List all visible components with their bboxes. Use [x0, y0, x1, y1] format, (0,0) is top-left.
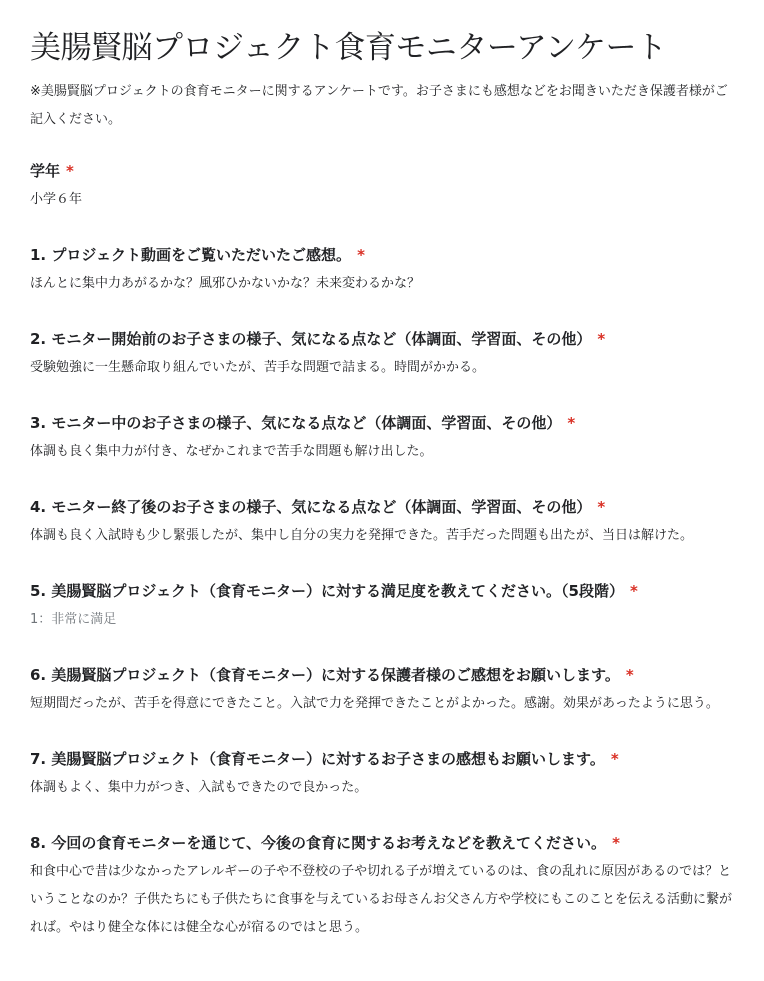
answer-text: 受験勉強に一生懸命取り組んでいたが、苦手な問題で詰まる。時間がかかる。	[30, 354, 734, 382]
question-title: 6. 美腸賢脳プロジェクト（食育モニター）に対する保護者様のご感想をお願いします…	[30, 664, 734, 686]
question-title-text: 3. モニター中のお子さまの様子、気になる点など（体調面、学習面、その他）	[30, 414, 561, 432]
required-asterisk-icon: *	[597, 498, 605, 516]
question-title-text: 8. 今回の食育モニターを通じて、今後の食育に関するお考えなどを教えてください。	[30, 834, 606, 852]
answer-text: 短期間だったが、苦手を得意にできたこと。入試で力を発揮できたことがよかった。感謝…	[30, 690, 734, 718]
question-title-text: 学年	[30, 162, 60, 180]
question-title: 学年*	[30, 160, 734, 182]
required-asterisk-icon: *	[357, 246, 365, 264]
answer-text: 和食中心で昔は少なかったアレルギーの子や不登校の子や切れる子が増えているのは、食…	[30, 858, 734, 942]
form-description: ※美腸賢脳プロジェクトの食育モニターに関するアンケートです。お子さまにも感想など…	[30, 78, 734, 134]
required-asterisk-icon: *	[626, 666, 634, 684]
question-title-text: 4. モニター終了後のお子さまの様子、気になる点など（体調面、学習面、その他）	[30, 498, 591, 516]
question-title: 1. プロジェクト動画をご覧いただいたご感想。*	[30, 244, 734, 266]
answer-text: 1：非常に満足	[30, 606, 734, 634]
required-asterisk-icon: *	[66, 162, 74, 180]
answer-text: 体調も良く集中力が付き、なぜかこれまで苦手な問題も解け出した。	[30, 438, 734, 466]
question-4: 4. モニター終了後のお子さまの様子、気になる点など（体調面、学習面、その他）*…	[30, 496, 734, 550]
required-asterisk-icon: *	[597, 330, 605, 348]
question-3: 3. モニター中のお子さまの様子、気になる点など（体調面、学習面、その他）* 体…	[30, 412, 734, 466]
question-title-text: 2. モニター開始前のお子さまの様子、気になる点など（体調面、学習面、その他）	[30, 330, 591, 348]
question-5: 5. 美腸賢脳プロジェクト（食育モニター）に対する満足度を教えてください。（5段…	[30, 580, 734, 634]
question-6: 6. 美腸賢脳プロジェクト（食育モニター）に対する保護者様のご感想をお願いします…	[30, 664, 734, 718]
question-title: 3. モニター中のお子さまの様子、気になる点など（体調面、学習面、その他）*	[30, 412, 734, 434]
question-title-text: 5. 美腸賢脳プロジェクト（食育モニター）に対する満足度を教えてください。（5段…	[30, 582, 624, 600]
required-asterisk-icon: *	[630, 582, 638, 600]
form-page: 美腸賢脳プロジェクト食育モニターアンケート ※美腸賢脳プロジェクトの食育モニター…	[0, 0, 764, 942]
required-asterisk-icon: *	[611, 750, 619, 768]
question-title: 7. 美腸賢脳プロジェクト（食育モニター）に対するお子さまの感想もお願いします。…	[30, 748, 734, 770]
form-title: 美腸賢脳プロジェクト食育モニターアンケート	[30, 28, 734, 68]
question-grade: 学年* 小学６年	[30, 160, 734, 214]
answer-text: 体調も良く入試時も少し緊張したが、集中し自分の実力を発揮できた。苦手だった問題も…	[30, 522, 734, 550]
answer-text: 小学６年	[30, 186, 734, 214]
question-1: 1. プロジェクト動画をご覧いただいたご感想。* ほんとに集中力あがるかな？風邪…	[30, 244, 734, 298]
question-title: 2. モニター開始前のお子さまの様子、気になる点など（体調面、学習面、その他）*	[30, 328, 734, 350]
answer-text: 体調もよく、集中力がつき、入試もできたので良かった。	[30, 774, 734, 802]
required-asterisk-icon: *	[567, 414, 575, 432]
question-title-text: 7. 美腸賢脳プロジェクト（食育モニター）に対するお子さまの感想もお願いします。	[30, 750, 605, 768]
question-title-text: 6. 美腸賢脳プロジェクト（食育モニター）に対する保護者様のご感想をお願いします…	[30, 666, 620, 684]
answer-text: ほんとに集中力あがるかな？風邪ひかないかな？未来変わるかな？	[30, 270, 734, 298]
question-title: 4. モニター終了後のお子さまの様子、気になる点など（体調面、学習面、その他）*	[30, 496, 734, 518]
question-title: 8. 今回の食育モニターを通じて、今後の食育に関するお考えなどを教えてください。…	[30, 832, 734, 854]
question-7: 7. 美腸賢脳プロジェクト（食育モニター）に対するお子さまの感想もお願いします。…	[30, 748, 734, 802]
question-8: 8. 今回の食育モニターを通じて、今後の食育に関するお考えなどを教えてください。…	[30, 832, 734, 942]
question-title-text: 1. プロジェクト動画をご覧いただいたご感想。	[30, 246, 351, 264]
question-2: 2. モニター開始前のお子さまの様子、気になる点など（体調面、学習面、その他）*…	[30, 328, 734, 382]
question-title: 5. 美腸賢脳プロジェクト（食育モニター）に対する満足度を教えてください。（5段…	[30, 580, 734, 602]
required-asterisk-icon: *	[612, 834, 620, 852]
